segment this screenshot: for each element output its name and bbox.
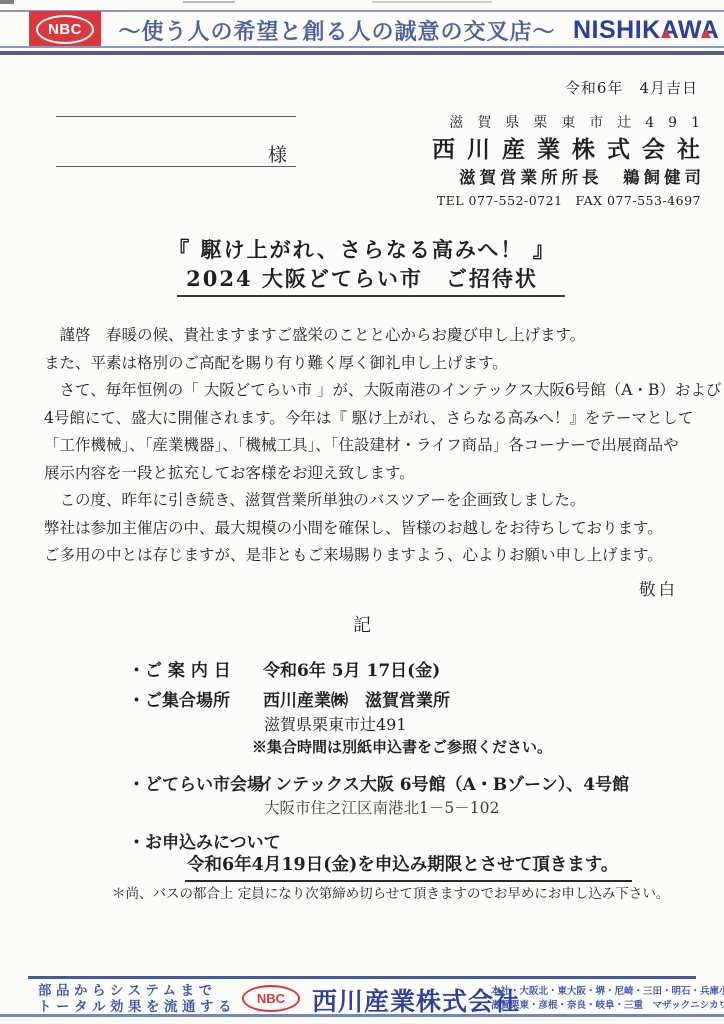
letter-title-slogan: 『 駆け上がれ、さらなる高みへ！ 』 [0,234,724,264]
nbc-logo: NBC [29,11,101,47]
venue-value: インテックス大阪 6号館（A・Bゾーン）、4号館 [258,770,629,795]
body-line: また、平素は格別のご高配を賜り有り難く厚く御礼申し上げます。 [44,350,704,378]
scan-artifact [372,1,492,3]
bus-capacity-note: ＊尚、バスの都合上 定員になり次第締め切らせて頂きますのでお早めにお申し込み下さ… [112,882,669,902]
guide-date-value: 令和6年 5月 17日(金) [263,656,440,681]
footer-slogan-line1: 部品からシステムまで [38,983,236,999]
body-line: 展示内容を一段と拡充してお客様をお迎え致します。 [44,460,704,488]
body-line: 弊社は参加主催店の中、最大規模の小間を確保し、皆様のお越しをお待ちしております。 [44,515,704,543]
header-top-rule [0,10,724,12]
body-line: さて、毎年恒例の「 大阪どてらい市 」が、大阪南港のインテックス大阪6号館（A・… [44,377,704,405]
recipient-honorific: 様 [268,140,287,167]
letter-title-invitation: 2024 大阪どてらい市 ご招待状 [0,263,724,293]
footer-branch-list: 本社・大阪北・東大阪・堺・尼崎・三田・明石・兵庫小野 滋賀栗東・彦根・奈良・岐阜… [491,985,724,1012]
letter-body: 謹啓 春暖の候、貴社ますますご盛栄のことと心からお慶び申し上げます。 また、平素… [44,322,704,570]
record-heading: 記 [0,611,724,637]
letter-date: 令和6年 4月吉日 [565,77,698,98]
sender-company: 西川産業株式会社 [432,131,712,164]
letter-closing: 敬白 [639,576,678,600]
body-line: 4号館にて、盛大に開催されます。今年は『 駆け上がれ、さらなる高みへ！』をテーマ… [44,405,704,433]
scan-artifact [183,1,235,3]
venue-label: ・どてらい市会場 [128,770,264,795]
application-label: ・お申込みについて [128,828,281,853]
body-line: この度、昨年に引き続き、滋賀営業所単独のバスツアーを企画致しました。 [44,487,704,515]
footer-branch-line1: 本社・大阪北・東大阪・堺・尼崎・三田・明石・兵庫小野 [491,985,724,999]
meeting-place-value: 西川産業㈱ 滋賀営業所 [263,686,450,711]
header-tagline: ～使う人の希望と創る人の誠意の交叉店～ [103,15,571,46]
body-line: 「工作機械」、「産業機器」、「機械工具」、「住設建材・ライフ商品」各コーナーで出… [44,432,704,460]
body-line: 謹啓 春暖の候、貴社ますますご盛栄のことと心からお慶び申し上げます。 [44,322,704,350]
meeting-place-address: 滋賀県栗東市辻491 [264,712,407,735]
footer-nbc-logo: NBC [242,985,300,1012]
footer-branch-line2: 滋賀栗東・彦根・奈良・岐阜・三重 マザックニシカワ㈱ [491,999,724,1013]
nishikawa-red-triangle-icon [661,29,671,38]
recipient-name-line [56,116,296,117]
scanned-invitation-letter: NBC ～使う人の希望と創る人の誠意の交叉店～ NISHIKAWA 令和6年 4… [0,0,724,1024]
recipient-name-line [56,166,296,167]
header-bottom-rule [0,46,724,48]
sender-address: 滋賀県栗東市辻491 [449,112,714,132]
nbc-logo-text: NBC [36,15,94,44]
scan-artifact [0,0,14,4]
title-underline [177,295,565,297]
body-line: ご多用の中とは存じますが、是非ともご来場賜りますよう、心よりお願い申し上げます。 [44,542,704,570]
footer-slogan: 部品からシステムまで トータル効果を流通する [38,983,236,1015]
application-deadline: 令和6年4月19日(金)を申込み期限とさせて頂きます。 [185,851,632,882]
meeting-place-label: ・ご集合場所 [128,686,230,711]
footer-top-rule [28,976,696,979]
footer-bottom-rule [0,1014,724,1017]
nishikawa-red-triangle-icon [701,29,711,38]
footer-slogan-line2: トータル効果を流通する [38,999,236,1015]
sender-tel-fax: TEL 077-552-0721 FAX 077-553-4697 [437,191,701,209]
footer-company-name: 西川産業株式会社 [312,982,520,1018]
nishikawa-logo: NISHIKAWA [573,16,719,45]
header-thick-rule [0,51,724,55]
meeting-time-note: ※集合時間は別紙申込書をご参照ください。 [252,736,552,757]
sender-person: 滋賀営業所所長 鵜飼健司 [459,164,705,188]
guide-date-label: ・ご 案 内 日 [128,656,231,681]
venue-address: 大阪市住之江区南港北1－5－102 [264,796,499,818]
